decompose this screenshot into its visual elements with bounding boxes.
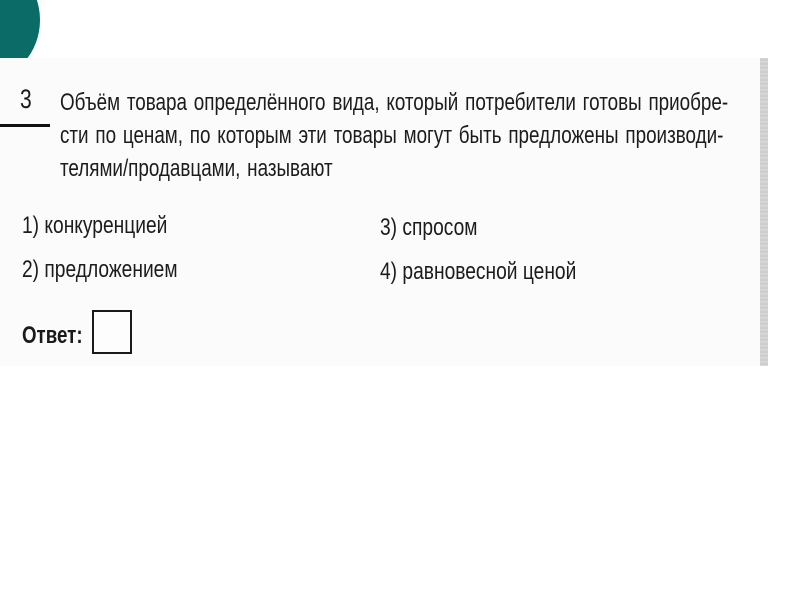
question-line: телями/продавцами, называют bbox=[60, 152, 751, 185]
option-text: равновесной ценой bbox=[402, 258, 576, 285]
option-number: 1) bbox=[22, 212, 39, 239]
task-number: 3 bbox=[20, 84, 32, 115]
question-line: сти по ценам, по которым эти товары могу… bbox=[60, 119, 751, 152]
scan-edge-strip bbox=[760, 58, 768, 366]
question-text: Объём товара определённого вида, который… bbox=[60, 86, 751, 185]
question-line: Объём товара определённого вида, который… bbox=[60, 86, 751, 119]
answer-label: Ответ: bbox=[22, 322, 83, 350]
task-number-underline bbox=[0, 124, 50, 127]
option-text: предложением bbox=[44, 256, 177, 283]
option-2: 2) предложением bbox=[22, 256, 178, 284]
option-3: 3) спросом bbox=[380, 214, 477, 242]
option-number: 3) bbox=[380, 214, 397, 241]
option-number: 4) bbox=[380, 258, 397, 285]
option-1: 1) конкуренцией bbox=[22, 212, 167, 240]
option-text: спросом bbox=[402, 214, 477, 241]
option-text: конкуренцией bbox=[44, 212, 167, 239]
option-number: 2) bbox=[22, 256, 39, 283]
answer-box[interactable] bbox=[92, 310, 132, 354]
scanned-task-card: 3 Объём товара определённого вида, котор… bbox=[0, 58, 768, 366]
option-4: 4) равновесной ценой bbox=[380, 258, 576, 286]
